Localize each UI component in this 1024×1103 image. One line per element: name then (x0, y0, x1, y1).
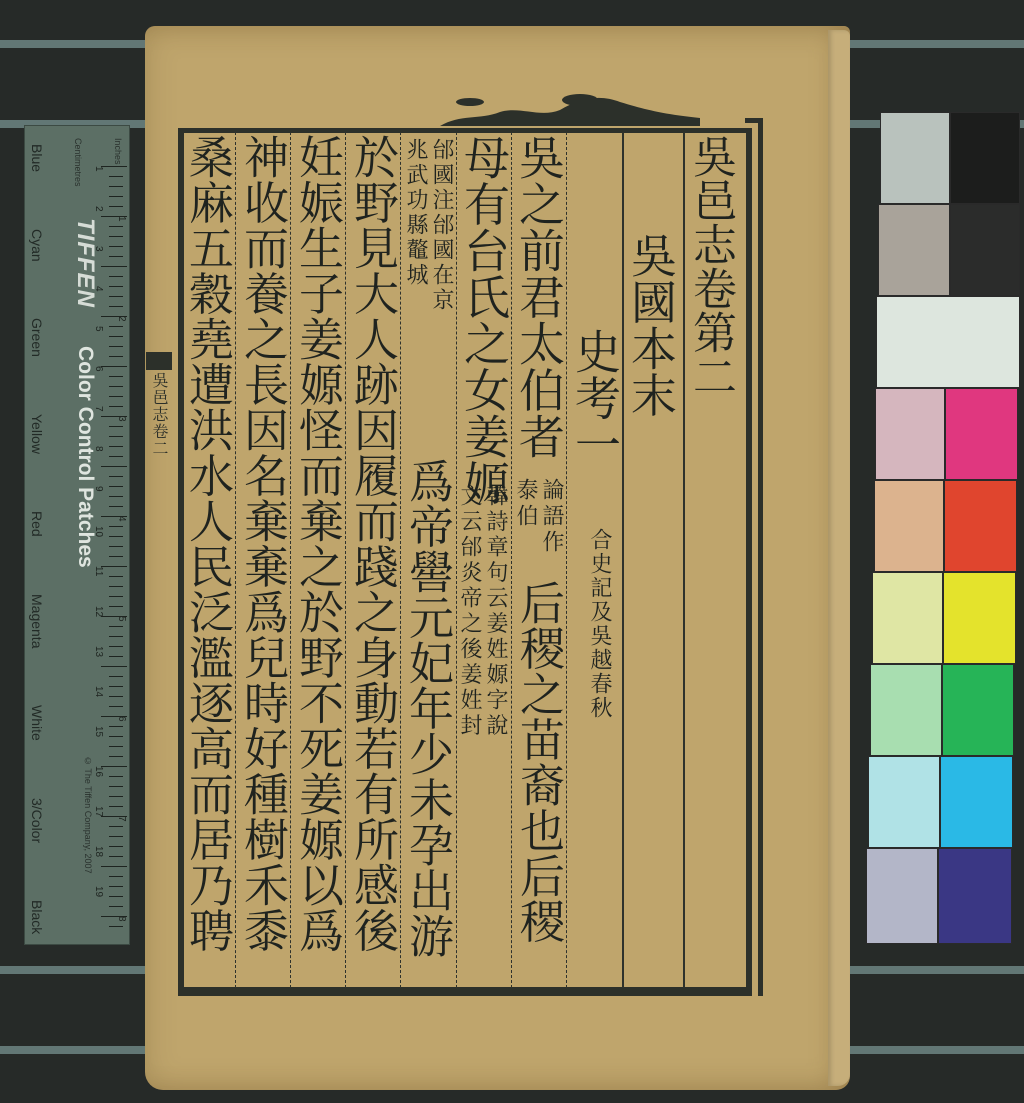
color-label: Red (29, 511, 45, 537)
patch-red (944, 480, 1017, 572)
text-column-1-top: 吳之前君太伯者 (516, 134, 562, 460)
ruler-tick (109, 236, 123, 237)
tiffen-color-strip: Blue Cyan Green Yellow Red Magenta White… (24, 125, 130, 945)
ruler-tick (109, 326, 123, 327)
annotation-right: 論語作 (540, 478, 562, 556)
patch-yellow (943, 572, 1016, 664)
cm-tick-label: 3 (93, 246, 104, 252)
ruler-tick (101, 416, 127, 417)
color-label: Magenta (29, 594, 45, 648)
column-rule (566, 132, 567, 988)
ruler-tick (101, 766, 127, 767)
annotation-pair: 論語作 泰伯 (514, 478, 562, 556)
ruler-tick (101, 266, 127, 267)
copyright-text: © The Tiffen Company, 2007 (83, 756, 93, 874)
ruler-tick (109, 306, 123, 307)
subsection-note: 合史記及吳越春秋 (588, 528, 610, 720)
section-heading: 吳國本末 (628, 232, 674, 418)
ruler-tick (109, 596, 123, 597)
patch-light-magenta (875, 388, 945, 480)
ruler-tick (109, 806, 123, 807)
ruler-tick (109, 426, 123, 427)
cm-tick-label: 13 (93, 646, 104, 657)
ruler-tick (109, 396, 123, 397)
fishtail-mark (146, 352, 172, 370)
patch-white (876, 296, 1020, 388)
ruler-tick (109, 186, 123, 187)
cm-tick-label: 11 (93, 566, 104, 576)
ruler-tick (109, 926, 123, 927)
ruler-tick (109, 796, 123, 797)
ruler-tick (109, 736, 123, 737)
ruler-tick (109, 346, 123, 347)
cm-tick-label: 15 (93, 726, 104, 737)
ruler: 1 2 3 4 5 6 7 8 9 10 11 12 13 14 15 16 1… (93, 166, 127, 936)
ruler-tick (109, 886, 123, 887)
text-column-1-bottom: 后稷之苗裔也后稷 (516, 580, 561, 944)
cm-tick-label: 5 (93, 326, 104, 332)
patch-light-gray (880, 112, 950, 204)
ruler-tick (109, 206, 123, 207)
ruler-tick (109, 176, 123, 177)
cm-tick-label: 2 (93, 206, 104, 212)
ruler-tick (109, 226, 123, 227)
ruler-tick (101, 316, 127, 317)
cm-tick-label: 19 (93, 886, 104, 897)
unit-centimetres: Centimetres (73, 138, 83, 187)
cm-tick-label: 8 (93, 446, 104, 452)
ruler-tick (109, 406, 123, 407)
ruler-tick (101, 566, 127, 567)
patch-mid-gray (878, 204, 950, 296)
unit-inches: Inches (113, 138, 123, 165)
ruler-tick (109, 846, 123, 847)
ruler-tick (109, 446, 123, 447)
cm-tick-label: 9 (93, 486, 104, 492)
annotation-pair: 韓詩章句云姜姓嫄字說 文云邰炎帝之後姜姓封 (458, 484, 506, 739)
ruler-tick (101, 666, 127, 667)
cm-tick-label: 4 (93, 286, 104, 292)
ruler-tick (109, 536, 123, 537)
ruler-tick (109, 706, 123, 707)
cm-tick-label: 10 (93, 526, 104, 537)
ruler-tick (109, 496, 123, 497)
ruler-tick (109, 506, 123, 507)
ruler-tick (109, 296, 123, 297)
ruler-tick (109, 276, 123, 277)
patch-cyan (940, 756, 1013, 848)
ruler-tick (109, 526, 123, 527)
text-column-6: 神收而養之長因名棄棄爲兒時好種樹禾黍 (240, 134, 285, 953)
patch-light-blue (866, 848, 938, 944)
color-label: Blue (29, 144, 45, 172)
patch-light-yellow (872, 572, 943, 664)
annotation-pair: 邰國注邰國在京 兆武功縣鼇城 (404, 138, 452, 313)
color-patch-chart (866, 112, 1020, 946)
subsection-heading: 史考一 (572, 328, 618, 468)
ruler-tick (109, 626, 123, 627)
cm-tick-label: 16 (93, 766, 104, 777)
ink-smudge (440, 92, 700, 126)
patch-black (950, 112, 1020, 204)
ruler-tick (101, 866, 127, 867)
annotation-right: 邰國注邰國在京 (430, 138, 452, 313)
color-label: White (29, 705, 45, 741)
color-label: Cyan (29, 229, 45, 262)
cm-tick-label: 7 (93, 406, 104, 412)
ruler-tick (109, 556, 123, 557)
ruler-tick (109, 546, 123, 547)
annotation-left: 泰伯 (514, 478, 536, 556)
patch-light-green (870, 664, 942, 756)
annotation-left: 文云邰炎帝之後姜姓封 (458, 484, 480, 739)
ruler-tick (109, 636, 123, 637)
ruler-tick (109, 646, 123, 647)
ruler-tick (109, 606, 123, 607)
ruler-tick (109, 486, 123, 487)
color-label: Black (29, 900, 45, 934)
text-column-3-bottom: 爲帝嚳元妃年少未孕出游 (405, 458, 450, 959)
cm-tick-label: 14 (93, 686, 104, 697)
ruler-tick (109, 436, 123, 437)
ruler-tick (109, 856, 123, 857)
ruler-tick (109, 676, 123, 677)
color-label: Green (29, 318, 45, 357)
patch-light-cyan (868, 756, 940, 848)
ruler-tick (101, 816, 127, 817)
ruler-tick (101, 716, 127, 717)
color-label: Yellow (29, 414, 45, 454)
text-column-2-top: 母有台氏之女姜嫄 (461, 134, 507, 506)
patch-green (942, 664, 1014, 756)
color-label-list: Blue Cyan Green Yellow Red Magenta White… (29, 144, 45, 934)
patch-blue (938, 848, 1012, 944)
ruler-tick (109, 906, 123, 907)
ruler-tick (109, 386, 123, 387)
text-column-4: 於野見大人跡因履而踐之身動若有所感後 (350, 134, 395, 953)
patch-magenta (945, 388, 1018, 480)
ruler-tick (109, 246, 123, 247)
color-label: 3/Color (29, 798, 45, 843)
ruler-tick (109, 696, 123, 697)
spine-label: 吳邑志卷二 (148, 372, 171, 457)
cm-tick-label: 18 (93, 846, 104, 857)
ruler-tick (101, 466, 127, 467)
ruler-tick (101, 366, 127, 367)
ruler-tick (109, 686, 123, 687)
annotation-left: 兆武功縣鼇城 (404, 138, 426, 313)
ruler-tick (109, 876, 123, 877)
ruler-tick (109, 456, 123, 457)
ruler-tick (101, 616, 127, 617)
annotation-right: 韓詩章句云姜姓嫄字說 (484, 484, 506, 739)
ruler-tick (109, 836, 123, 837)
text-column-5: 妊娠生子姜嫄怪而棄之於野不死姜嫄以爲 (295, 134, 340, 953)
ruler-tick (109, 376, 123, 377)
ruler-tick (109, 336, 123, 337)
frame-margin-line (745, 118, 763, 996)
ruler-tick (109, 776, 123, 777)
ruler-tick (109, 756, 123, 757)
ruler-tick (101, 916, 127, 917)
ruler-tick (109, 826, 123, 827)
ruler-tick (101, 516, 127, 517)
book-title: 吳邑志卷第二 (688, 134, 732, 398)
ruler-tick (109, 196, 123, 197)
ruler-tick (109, 586, 123, 587)
ruler-tick (109, 286, 123, 287)
patch-dark-gray (950, 204, 1020, 296)
ruler-tick (109, 726, 123, 727)
ruler-tick (109, 576, 123, 577)
ruler-tick (109, 746, 123, 747)
ruler-tick (109, 896, 123, 897)
ruler-tick (109, 356, 123, 357)
page-fore-edge (828, 30, 850, 1086)
ruler-tick (109, 656, 123, 657)
patch-light-red (874, 480, 944, 572)
ruler-tick (101, 216, 127, 217)
ruler-tick (109, 786, 123, 787)
ruler-tick (109, 256, 123, 257)
ruler-tick (109, 476, 123, 477)
ruler-tick (101, 166, 127, 167)
text-column-7: 桑麻五穀堯遭洪水人民泛濫逐高而居乃聘 (185, 134, 230, 953)
